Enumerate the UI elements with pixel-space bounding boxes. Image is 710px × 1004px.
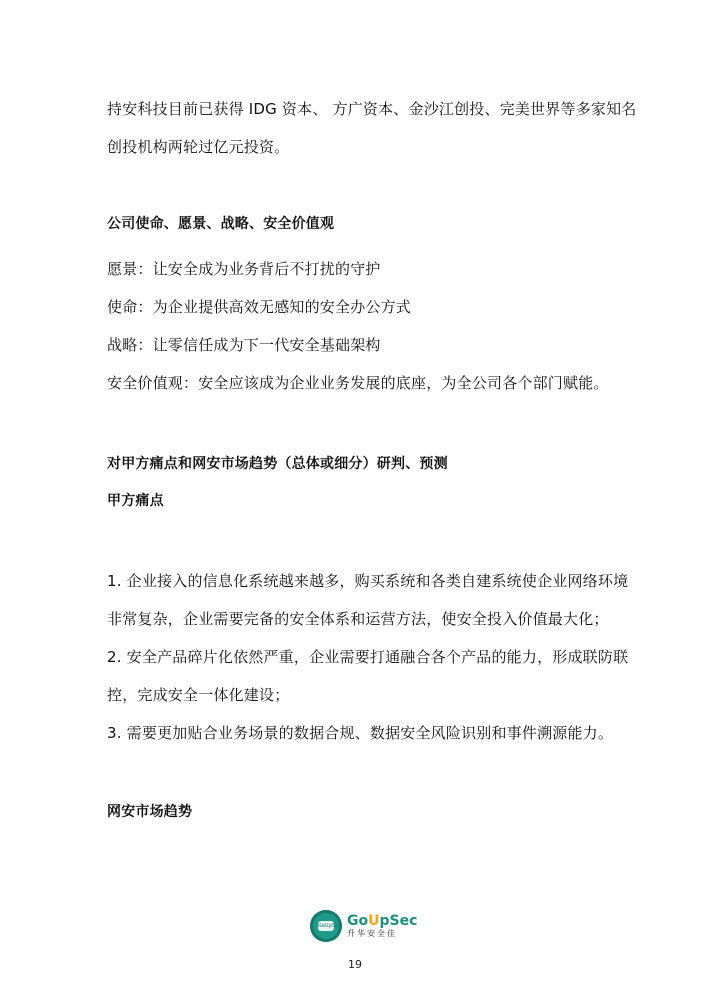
pain-point-line: 非常复杂，企业需要完备的安全体系和运营方法，使安全投入价值最大化； (107, 608, 609, 629)
page-number: 19 (0, 958, 710, 971)
brand-name-cn: 升华安全佳 (347, 929, 417, 939)
strategy-item: 战略：让零信任成为下一代安全基础架构 (107, 334, 381, 355)
seal-icon: GoUpSec (310, 910, 342, 942)
brand-en-part: Go (347, 913, 368, 929)
pain-points-heading: 甲方痛点 (107, 490, 164, 510)
analysis-heading: 对甲方痛点和网安市场趋势（总体或细分）研判、预测 (107, 453, 448, 473)
pain-point-line: 控，完成安全一体化建设； (107, 684, 289, 705)
intro-line-2: 创投机构两轮过亿元投资。 (107, 136, 289, 157)
values-item: 安全价值观：安全应该成为企业业务发展的底座，为全公司各个部门赋能。 (107, 372, 609, 393)
pain-point-line: 1. 企业接入的信息化系统越来越多，购买系统和各类自建系统使企业网络环境 (107, 570, 628, 591)
brand-name-en: GoUpSec (347, 914, 417, 929)
brand-text: GoUpSec 升华安全佳 (347, 914, 417, 939)
brand-en-highlight: U (368, 913, 379, 929)
pain-point-line: 2. 安全产品碎片化依然严重，企业需要打通融合各个产品的能力，形成联防联 (107, 646, 628, 667)
intro-line-1: 持安科技目前已获得 IDG 资本、 方广资本、金沙江创投、完美世界等多家知名 (107, 98, 637, 119)
seal-text: GoUpSec (318, 921, 334, 931)
goupsec-logo: GoUpSec GoUpSec 升华安全佳 (310, 910, 417, 942)
vision-item: 愿景：让安全成为业务背后不打扰的守护 (107, 258, 381, 279)
market-trends-heading: 网安市场趋势 (107, 801, 192, 821)
mission-heading: 公司使命、愿景、战略、安全价值观 (107, 213, 334, 233)
mission-item: 使命：为企业提供高效无感知的安全办公方式 (107, 296, 411, 317)
brand-en-part: pSec (379, 913, 417, 929)
pain-point-line: 3. 需要更加贴合业务场景的数据合规、数据安全风险识别和事件溯源能力。 (107, 722, 613, 743)
